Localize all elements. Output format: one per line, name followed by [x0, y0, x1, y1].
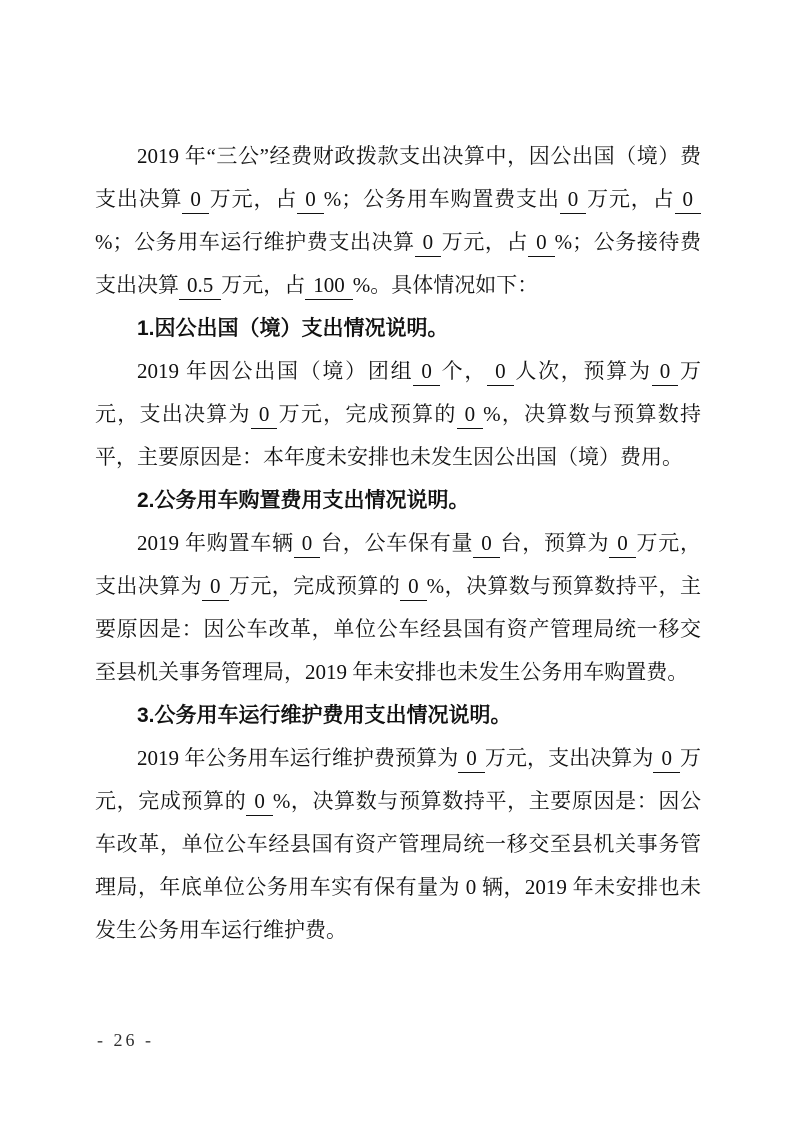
section-2-paragraph: 2019 年购置车辆0台，公车保有量0台，预算为0万元，支出决算为0万元，完成预… [95, 522, 701, 694]
underlined-value: 0 [400, 573, 427, 601]
text-run: 2019 年购置车辆 [137, 531, 294, 555]
page-number: - 26 - [97, 1029, 154, 1051]
underlined-value: 0 [415, 229, 442, 257]
section-1-heading: 1.因公出国（境）支出情况说明。 [95, 307, 701, 350]
underlined-value: 0 [413, 358, 440, 386]
text-run: 万元，占 [221, 273, 305, 297]
underlined-value: 0 [609, 530, 636, 558]
text-run: 台，公车保有量 [320, 531, 473, 555]
section-2-heading: 2.公务用车购置费用支出情况说明。 [95, 479, 701, 522]
underlined-value: 0 [182, 186, 209, 214]
underlined-value: 0 [251, 401, 278, 429]
underlined-value: 0 [294, 530, 321, 558]
text-run: 人次，预算为 [514, 359, 652, 383]
underlined-value: 0 [487, 358, 514, 386]
text-run: 台，预算为 [500, 531, 610, 555]
underlined-value: 0 [528, 229, 555, 257]
text-run: 万元，占 [586, 187, 674, 211]
summary-paragraph: 2019 年“三公”经费财政拨款支出决算中，因公出国（境）费支出决算0万元，占0… [95, 135, 701, 307]
underlined-value: 0 [653, 745, 680, 773]
underlined-value: 0 [473, 530, 500, 558]
text-run: 万元，占 [209, 187, 297, 211]
text-run: 万元，占 [441, 230, 528, 254]
underlined-value: 0 [560, 186, 587, 214]
underlined-value: 0 [652, 358, 679, 386]
document-page: { "page": { "background": "#ffffff", "te… [0, 0, 793, 1122]
underlined-value: 0 [675, 186, 702, 214]
text-run: 万元，完成预算的 [229, 574, 401, 598]
underlined-value: 0 [457, 401, 484, 429]
text-run: 2019 年公务用车运行维护费预算为 [137, 746, 458, 770]
underlined-value: 0 [297, 186, 324, 214]
text-run: 个， [440, 359, 487, 383]
underlined-value: 100 [305, 272, 353, 300]
text-run: 2019 年因公出国（境）团组 [137, 359, 413, 383]
underlined-value: 0 [246, 788, 273, 816]
text-run: %。具体情况如下： [353, 273, 539, 297]
section-3-paragraph: 2019 年公务用车运行维护费预算为0万元，支出决算为0万元，完成预算的0%，决… [95, 737, 701, 952]
underlined-value: 0.5 [179, 272, 221, 300]
document-body: 2019 年“三公”经费财政拨款支出决算中，因公出国（境）费支出决算0万元，占0… [95, 135, 701, 952]
text-run: %；公务用车运行维护费支出决算 [95, 230, 415, 254]
text-run: 万元，完成预算的 [277, 402, 456, 426]
section-3-heading: 3.公务用车运行维护费用支出情况说明。 [95, 694, 701, 737]
text-run: %；公务用车购置费支出 [324, 187, 560, 211]
underlined-value: 0 [202, 573, 229, 601]
underlined-value: 0 [458, 745, 485, 773]
section-1-paragraph: 2019 年因公出国（境）团组0个，0人次，预算为0万元，支出决算为0万元，完成… [95, 350, 701, 479]
text-run: 万元，支出决算为 [485, 746, 654, 770]
